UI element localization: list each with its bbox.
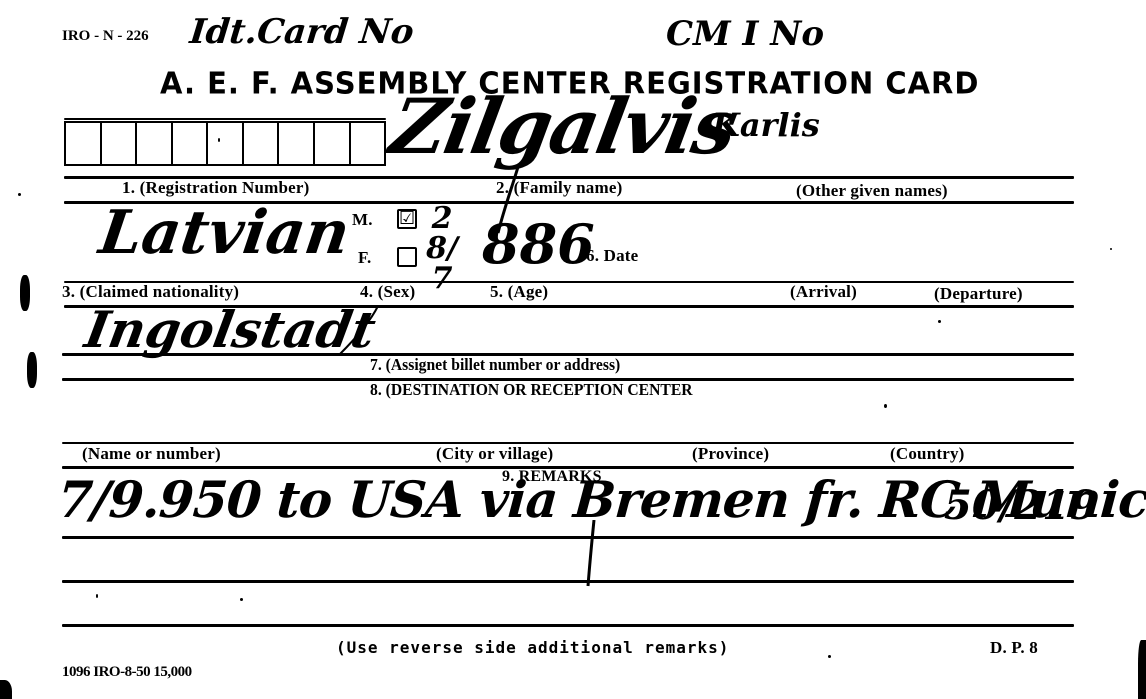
registration-digit-cell[interactable] [102,123,138,164]
registration-digit-cell[interactable] [244,123,280,164]
billet-label: 7. (Assignet billet number or address) [370,355,620,375]
family-name-value: Zilgalvis [384,82,742,171]
scan-artifact [240,598,243,601]
nationality-value: Latvian [95,198,354,268]
scan-artifact [828,655,831,658]
scan-artifact [96,594,98,598]
nationality-label: 3. (Claimed nationality) [62,282,239,302]
registration-digit-cell[interactable] [66,123,102,164]
divider [62,536,1074,539]
pen-stroke [330,300,390,360]
scan-artifact [1110,248,1112,250]
registration-digit-cell[interactable] [208,123,244,164]
sex-male-checkbox[interactable]: ☑ [397,209,417,229]
registration-digit-cell[interactable] [279,123,315,164]
sex-female-checkbox[interactable] [397,247,417,267]
registration-digit-cell[interactable] [137,123,173,164]
ident-card-annotation: Idt.Card No [188,12,416,52]
remarks-line-3[interactable] [62,586,1074,622]
age-label: 5. (Age) [490,282,548,302]
scan-artifact [20,275,30,311]
arrival-label: (Arrival) [790,282,857,302]
destination-city-label: (City or village) [436,444,553,464]
scan-artifact [1138,640,1146,699]
remarks-line-2[interactable] [62,542,1074,578]
scan-artifact [27,352,37,388]
registration-digit-cell[interactable] [315,123,351,164]
pen-stroke [582,520,602,590]
cm-number-annotation: CM I No [666,14,824,54]
sex-female-label: F. [358,248,371,268]
divider [64,118,386,120]
sex-male-label: M. [352,210,373,230]
scan-artifact [218,138,220,142]
destination-country-label: (Country) [890,444,965,464]
remarks-reference: 50/219 [944,482,1098,529]
scan-artifact [884,404,887,408]
reverse-side-note: (Use reverse side additional remarks) [336,638,729,657]
date-label: 6. Date [586,246,638,266]
sex-label: 4. (Sex) [360,282,415,302]
departure-label: (Departure) [934,284,1023,304]
divider [62,580,1074,583]
dp-code: D. P. 8 [990,638,1038,658]
registration-number-label: 1. (Registration Number) [122,178,310,198]
destination-label: 8. (DESTINATION OR RECEPTION CENTER [370,380,693,400]
given-names-label: (Other given names) [796,181,948,201]
pen-stroke [494,165,524,235]
form-id: IRO - N - 226 [62,28,149,45]
scan-artifact [0,680,12,699]
given-names-value: Karlis [712,106,820,144]
registration-card: IRO - N - 226 Idt.Card No CM I No A. E. … [0,0,1146,699]
destination-name-label: (Name or number) [82,444,221,464]
scan-artifact [938,320,941,323]
print-code: 1096 IRO-8-50 15,000 [62,664,192,681]
destination-province-label: (Province) [692,444,769,464]
registration-number-box[interactable] [64,121,386,166]
divider [62,624,1074,627]
registration-digit-cell[interactable] [173,123,209,164]
scan-artifact [18,193,21,196]
registration-digit-cell[interactable] [351,123,385,164]
